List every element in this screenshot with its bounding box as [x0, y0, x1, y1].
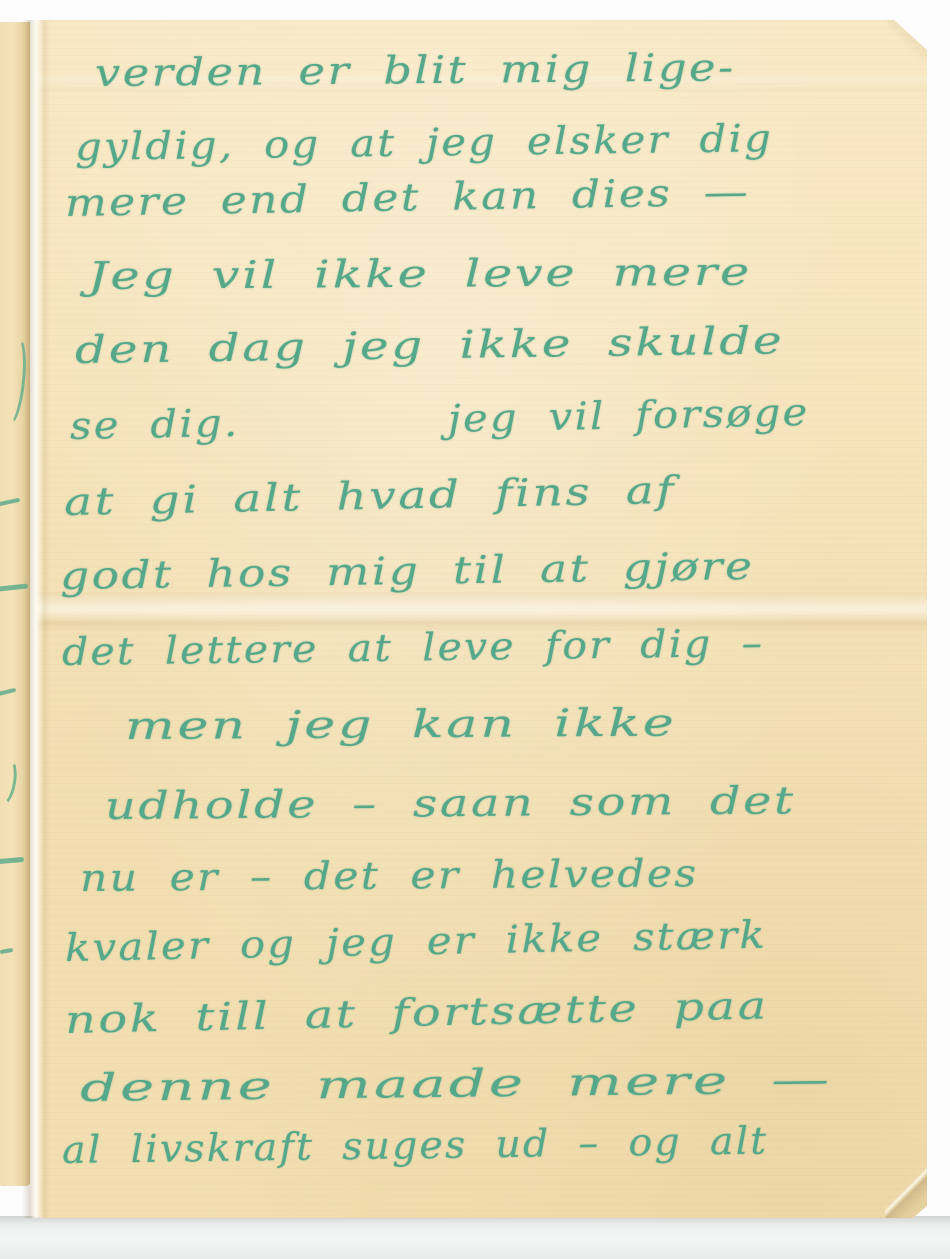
handwriting-line-10: men jeg kan ikke: [125, 704, 677, 745]
handwriting-line-4: Jeg vil ikke leve mere: [88, 253, 752, 295]
handwriting-line-1: verden er blit mig lige-: [95, 48, 736, 92]
handwriting-line-5: den dag jeg ikke skulde: [75, 321, 785, 369]
bottom-right-corner-crease: [885, 1166, 927, 1218]
top-right-corner-cut: [887, 20, 927, 62]
handwriting-line-2: gyldig, og at jeg elsker dig: [75, 119, 774, 166]
handwriting-line-3: mere end det kan dies —: [65, 173, 751, 222]
scanned-letter: verden er blit mig lige- gyldig, og at j…: [0, 0, 950, 1259]
handwriting-line-12: nu er – det er helvedes: [80, 854, 699, 897]
handwriting-line-7: at gi alt hvad fins af: [63, 471, 676, 521]
handwriting-line-9: det lettere at leve for dig –: [62, 624, 765, 671]
vertical-fold-crease: [22, 20, 50, 1218]
handwriting-line-8: godt hos mig til at gjøre: [60, 547, 755, 595]
handwriting-line-15: denne maade mere —: [79, 1060, 832, 1107]
scanner-tray-shadow: [0, 1216, 950, 1259]
handwriting-line-11: udholde – saan som det: [105, 781, 796, 825]
handwriting-line-16: al livskraft suges ud – og alt: [62, 1122, 769, 1169]
